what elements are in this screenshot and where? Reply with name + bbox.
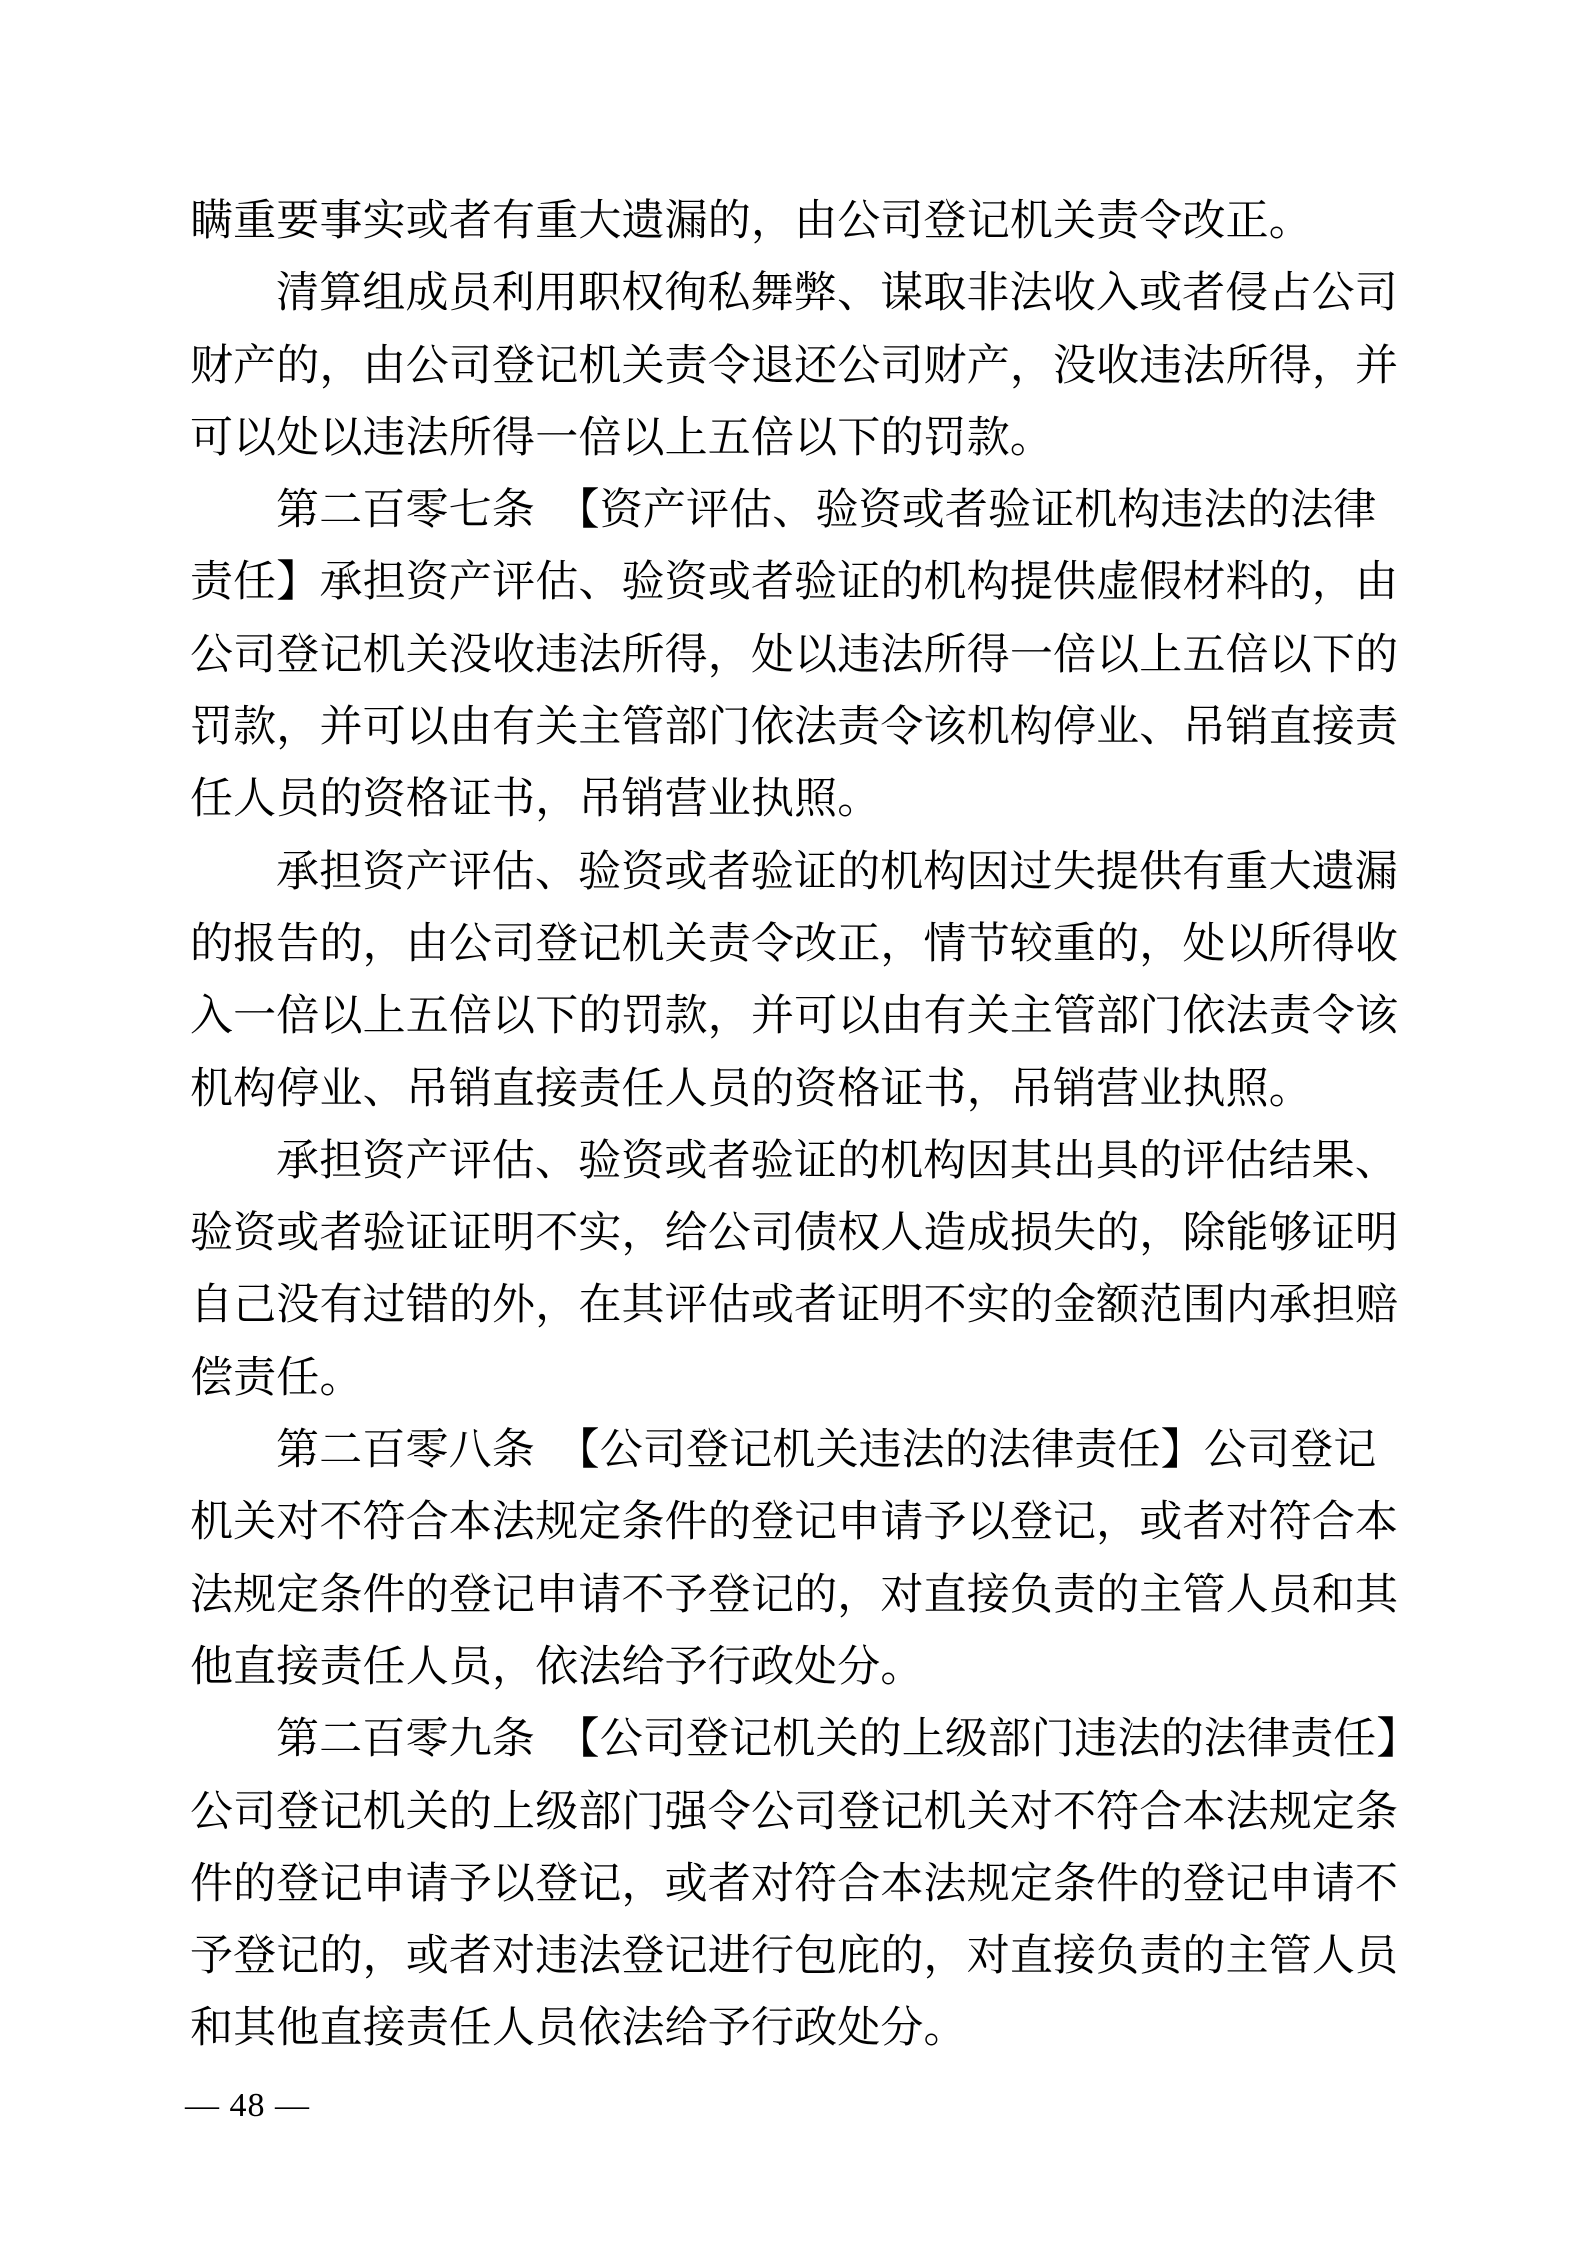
law-text-line: 承担资产评估、验资或者验证的机构因过失提供有重大遗漏 [190, 837, 1450, 909]
law-text-line: 机构停业、吊销直接责任人员的资格证书，吊销营业执照。 [190, 1054, 1450, 1126]
law-text-line: 可以处以违法所得一倍以上五倍以下的罚款。 [190, 403, 1450, 475]
document-page: 瞒重要事实或者有重大遗漏的，由公司登记机关责令改正。 清算组成员利用职权徇私舞弊… [0, 0, 1587, 2245]
law-text-line: 瞒重要事实或者有重大遗漏的，由公司登记机关责令改正。 [190, 186, 1450, 258]
law-text-line: 财产的，由公司登记机关责令退还公司财产，没收违法所得，并 [190, 331, 1450, 403]
law-text-line: 的报告的，由公司登记机关责令改正，情节较重的，处以所得收 [190, 909, 1450, 981]
law-text-line: 法规定条件的登记申请不予登记的，对直接负责的主管人员和其 [190, 1560, 1450, 1632]
law-text-line: 公司登记机关没收违法所得，处以违法所得一倍以上五倍以下的 [190, 620, 1450, 692]
law-text-line: 偿责任。 [190, 1343, 1450, 1415]
law-text-line: 和其他直接责任人员依法给予行政处分。 [190, 1993, 1450, 2065]
law-text-line: 验资或者验证证明不实，给公司债权人造成损失的，除能够证明 [190, 1198, 1450, 1270]
law-text-line: 入一倍以上五倍以下的罚款，并可以由有关主管部门依法责令该 [190, 981, 1450, 1053]
law-text-line: 予登记的，或者对违法登记进行包庇的，对直接负责的主管人员 [190, 1921, 1450, 1993]
law-text-line: 罚款，并可以由有关主管部门依法责令该机构停业、吊销直接责 [190, 692, 1450, 764]
article-heading-line: 第二百零七条 【资产评估、验资或者验证机构违法的法律 [190, 475, 1450, 547]
law-text-line: 机关对不符合本法规定条件的登记申请予以登记，或者对符合本 [190, 1487, 1450, 1559]
law-text-line: 他直接责任人员，依法给予行政处分。 [190, 1632, 1450, 1704]
law-text-line: 任人员的资格证书，吊销营业执照。 [190, 764, 1450, 836]
law-text-line: 承担资产评估、验资或者验证的机构因其出具的评估结果、 [190, 1126, 1450, 1198]
law-text-line: 清算组成员利用职权徇私舞弊、谋取非法收入或者侵占公司 [190, 258, 1450, 330]
law-text-line: 自己没有过错的外，在其评估或者证明不实的金额范围内承担赔 [190, 1270, 1450, 1342]
page-footer: — 48 — [185, 2087, 310, 2125]
article-heading-line: 第二百零八条 【公司登记机关违法的法律责任】公司登记 [190, 1415, 1450, 1487]
article-heading-line: 第二百零九条 【公司登记机关的上级部门违法的法律责任】 [190, 1704, 1450, 1776]
law-text-block: 瞒重要事实或者有重大遗漏的，由公司登记机关责令改正。 清算组成员利用职权徇私舞弊… [190, 186, 1450, 2066]
law-text-line: 责任】承担资产评估、验资或者验证的机构提供虚假材料的，由 [190, 547, 1450, 619]
law-text-line: 公司登记机关的上级部门强令公司登记机关对不符合本法规定条 [190, 1777, 1450, 1849]
page-number: — 48 — [185, 2087, 310, 2124]
law-text-line: 件的登记申请予以登记，或者对符合本法规定条件的登记申请不 [190, 1849, 1450, 1921]
